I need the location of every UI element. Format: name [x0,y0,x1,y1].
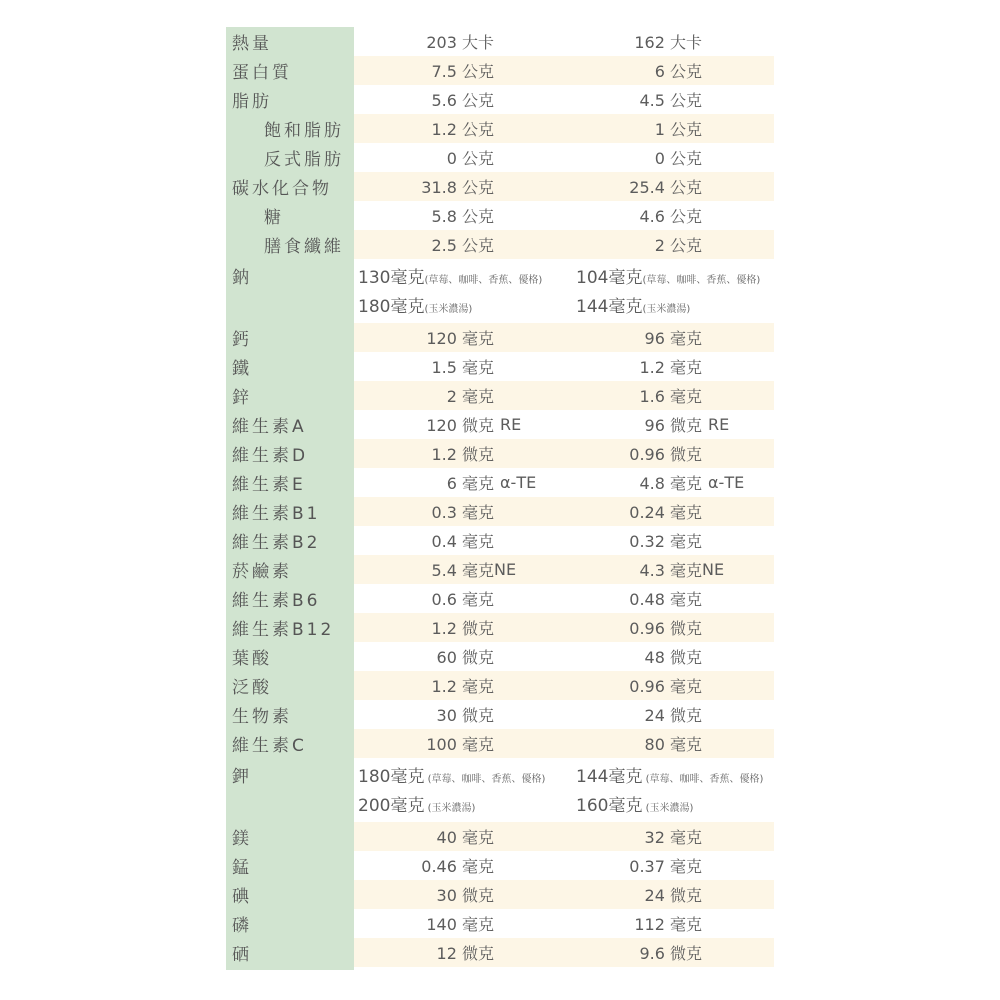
value-col1: 30 微克 [354,883,494,906]
value-col2: 24 微克 [574,883,702,906]
value-col2: 0.24 毫克 [574,500,702,523]
nutrient-label: 維生素B1 [226,499,354,524]
nutrient-label: 生物素 [226,702,354,727]
flavor-note: (草莓、咖啡、香蕉、優格) [642,774,763,785]
value-col2: 32 毫克 [574,825,702,848]
value-col1: 0.6 毫克 [354,587,494,610]
value-col1: 5.8 公克 [354,204,494,227]
table-row: 鐵1.5 毫克1.2 毫克 [226,352,774,381]
flavor-note: (玉米濃湯) [424,803,475,814]
nutrient-label: 硒 [226,940,354,965]
value-col2: 0.32 毫克 [574,529,702,552]
value-col1: 0.4 毫克 [354,529,494,552]
value-col2-line1: 104毫克(草莓、咖啡、香蕉、優格) [576,263,760,288]
value-col1: 2 毫克 [354,384,494,407]
value-col2: 80 毫克 [574,732,702,755]
nutrient-label: 脂肪 [226,87,354,112]
table-row: 維生素E6 毫克4.8 毫克α-TEα-TE [226,468,774,497]
table-row: 泛酸1.2 毫克0.96 毫克 [226,671,774,700]
table-row: 反式脂肪0 公克0 公克 [226,143,774,172]
value-col1-line1: 130毫克(草莓、咖啡、香蕉、優格) [358,263,542,288]
value-col1: 1.2 公克 [354,117,494,140]
unit-suffix-col1: NE [494,560,516,579]
value-col2: 25.4 公克 [574,175,702,198]
value-col2: 1 公克 [574,117,702,140]
value-col2: 4.3 毫克 [574,558,702,581]
value-col1-line2: 180毫克(玉米濃湯) [358,292,472,317]
table-row: 葉酸60 微克48 微克 [226,642,774,671]
value-col1: 31.8 公克 [354,175,494,198]
value-col2: 96 毫克 [574,326,702,349]
nutrient-label: 碘 [226,882,354,907]
value-col1: 1.2 毫克 [354,674,494,697]
value-col1: 120 毫克 [354,326,494,349]
table-row: 錳0.46 毫克0.37 毫克 [226,851,774,880]
table-row: 維生素D1.2 微克0.96 微克 [226,439,774,468]
unit-suffix-col2: RE [708,415,729,434]
nutrient-label: 維生素B6 [226,586,354,611]
amount: 160毫克 [576,796,642,816]
flavor-note: (玉米濃湯) [642,803,693,814]
table-row: 維生素C100 毫克80 毫克 [226,729,774,758]
value-col1: 100 毫克 [354,732,494,755]
table-row: 菸鹼素5.4 毫克4.3 毫克NENE [226,555,774,584]
value-col2: 0 公克 [574,146,702,169]
value-col2: 2 公克 [574,233,702,256]
value-col2-line1: 144毫克 (草莓、咖啡、香蕉、優格) [576,762,763,787]
table-row: 硒12 微克9.6 微克 [226,938,774,967]
value-col1: 1.2 微克 [354,442,494,465]
flavor-note: (草莓、咖啡、香蕉、優格) [424,275,542,286]
value-col1: 0.46 毫克 [354,854,494,877]
nutrient-label: 錳 [226,853,354,878]
amount: 104毫克 [576,268,642,288]
value-col1: 5.4 毫克 [354,558,494,581]
table-row: 脂肪5.6 公克4.5 公克 [226,85,774,114]
nutrient-label: 維生素B12 [226,615,354,640]
nutrient-label: 蛋白質 [226,58,354,83]
unit-suffix-col2: NE [702,560,724,579]
nutrient-label: 維生素E [226,470,354,495]
value-col2: 0.37 毫克 [574,854,702,877]
nutrient-label: 膳食纖維 [226,232,354,257]
value-col2: 4.8 毫克 [574,471,702,494]
table-row: 鉀180毫克 (草莓、咖啡、香蕉、優格)200毫克 (玉米濃湯)144毫克 (草… [226,758,774,822]
value-col1: 120 微克 [354,413,494,436]
amount: 130毫克 [358,268,424,288]
value-col2: 4.6 公克 [574,204,702,227]
value-col2: 0.48 毫克 [574,587,702,610]
value-col2: 0.96 毫克 [574,674,702,697]
flavor-note: (玉米濃湯) [642,304,690,315]
amount: 180毫克 [358,297,424,317]
table-row: 糖5.8 公克4.6 公克 [226,201,774,230]
value-col2-line2: 144毫克(玉米濃湯) [576,292,690,317]
unit-suffix-col2: α-TE [708,473,744,492]
nutrient-label: 反式脂肪 [226,145,354,170]
table-row: 磷140 毫克112 毫克 [226,909,774,938]
value-col1: 0.3 毫克 [354,500,494,523]
nutrient-label: 鉀 [226,758,354,787]
table-row: 鈣120 毫克96 毫克 [226,323,774,352]
nutrient-label: 糖 [226,203,354,228]
value-col2: 4.5 公克 [574,88,702,111]
value-col1: 2.5 公克 [354,233,494,256]
table-row: 鈉130毫克(草莓、咖啡、香蕉、優格)180毫克(玉米濃湯)104毫克(草莓、咖… [226,259,774,323]
nutrient-label: 碳水化合物 [226,174,354,199]
table-row: 維生素A120 微克96 微克RERE [226,410,774,439]
nutrient-label: 維生素C [226,731,354,756]
table-row: 鋅2 毫克1.6 毫克 [226,381,774,410]
nutrient-label: 葉酸 [226,644,354,669]
value-col2: 96 微克 [574,413,702,436]
nutrient-label: 鈣 [226,325,354,350]
table-row: 蛋白質7.5 公克6 公克 [226,56,774,85]
amount: 144毫克 [576,767,642,787]
value-col1: 60 微克 [354,645,494,668]
value-col1-line2: 200毫克 (玉米濃湯) [358,791,475,816]
table-row: 碘30 微克24 微克 [226,880,774,909]
nutrient-label: 磷 [226,911,354,936]
nutrition-table: 熱量203 大卡162 大卡蛋白質7.5 公克6 公克脂肪5.6 公克4.5 公… [226,27,774,967]
value-col1: 0 公克 [354,146,494,169]
nutrient-label: 維生素B2 [226,528,354,553]
value-col2: 0.96 微克 [574,442,702,465]
table-row: 生物素30 微克24 微克 [226,700,774,729]
value-col1-line1: 180毫克 (草莓、咖啡、香蕉、優格) [358,762,545,787]
value-col1: 1.2 微克 [354,616,494,639]
nutrient-label: 維生素D [226,441,354,466]
nutrient-label: 鐵 [226,354,354,379]
table-row: 鎂40 毫克32 毫克 [226,822,774,851]
value-col1: 12 微克 [354,941,494,964]
value-col2-line2: 160毫克 (玉米濃湯) [576,791,693,816]
table-row: 維生素B10.3 毫克0.24 毫克 [226,497,774,526]
flavor-note: (玉米濃湯) [424,304,472,315]
nutrient-label: 鋅 [226,383,354,408]
flavor-note: (草莓、咖啡、香蕉、優格) [424,774,545,785]
nutrient-label: 飽和脂肪 [226,116,354,141]
value-col1: 6 毫克 [354,471,494,494]
table-row: 膳食纖維2.5 公克2 公克 [226,230,774,259]
table-row: 熱量203 大卡162 大卡 [226,27,774,56]
value-col2: 1.6 毫克 [574,384,702,407]
value-col2: 1.2 毫克 [574,355,702,378]
nutrient-label: 鎂 [226,824,354,849]
amount: 180毫克 [358,767,424,787]
table-row: 維生素B60.6 毫克0.48 毫克 [226,584,774,613]
table-row: 碳水化合物31.8 公克25.4 公克 [226,172,774,201]
value-col1: 7.5 公克 [354,59,494,82]
value-col2: 162 大卡 [574,30,702,53]
table-row: 維生素B121.2 微克0.96 微克 [226,613,774,642]
nutrient-label: 鈉 [226,259,354,288]
unit-suffix-col1: α-TE [500,473,536,492]
value-col1: 5.6 公克 [354,88,494,111]
amount: 200毫克 [358,796,424,816]
value-col1: 40 毫克 [354,825,494,848]
flavor-note: (草莓、咖啡、香蕉、優格) [642,275,760,286]
value-col2: 24 微克 [574,703,702,726]
value-col2: 6 公克 [574,59,702,82]
nutrient-label: 菸鹼素 [226,557,354,582]
value-col1: 140 毫克 [354,912,494,935]
table-row: 維生素B20.4 毫克0.32 毫克 [226,526,774,555]
value-col1: 203 大卡 [354,30,494,53]
value-col2: 112 毫克 [574,912,702,935]
value-col1: 1.5 毫克 [354,355,494,378]
value-col2: 9.6 微克 [574,941,702,964]
nutrient-label: 熱量 [226,29,354,54]
unit-suffix-col1: RE [500,415,521,434]
nutrient-label: 維生素A [226,412,354,437]
nutrient-label: 泛酸 [226,673,354,698]
value-col1: 30 微克 [354,703,494,726]
value-col2: 48 微克 [574,645,702,668]
table-row: 飽和脂肪1.2 公克1 公克 [226,114,774,143]
value-col2: 0.96 微克 [574,616,702,639]
amount: 144毫克 [576,297,642,317]
